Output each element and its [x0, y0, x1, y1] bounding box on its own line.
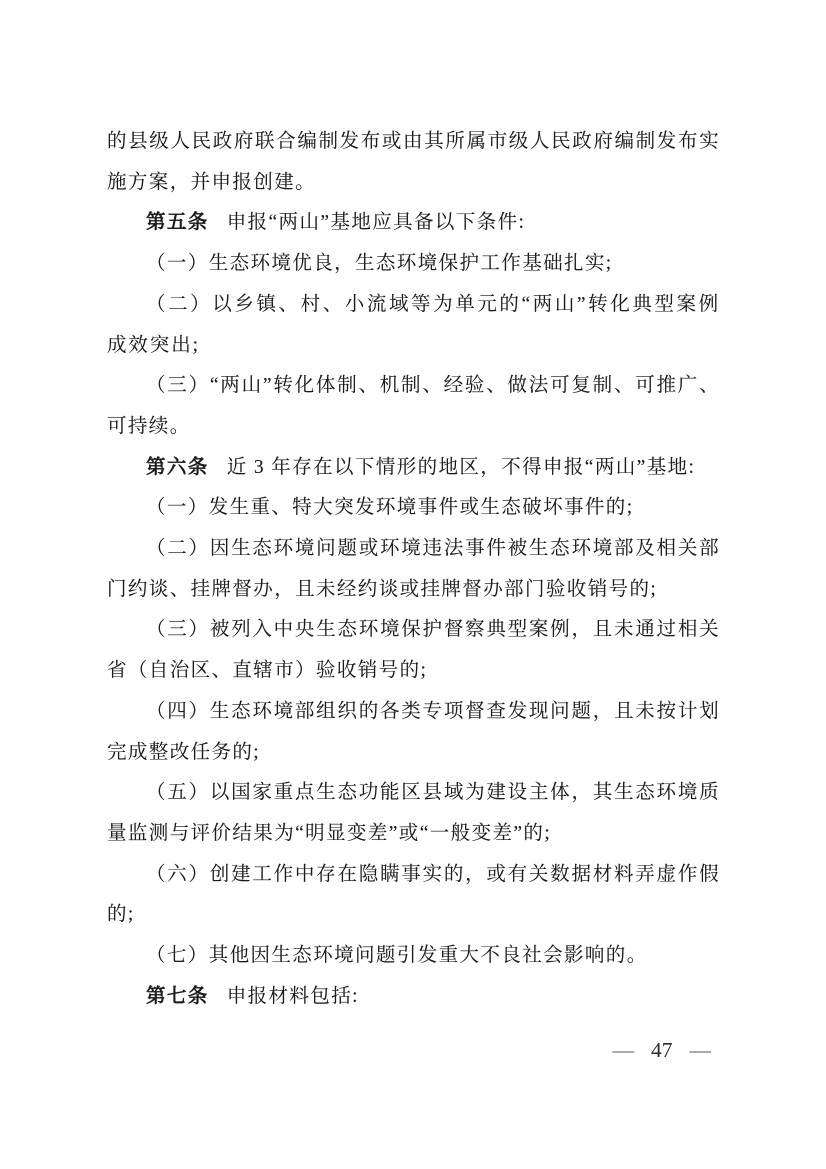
paragraph-text: （三）被列入中央生态环境保护督察典型案例，且未通过相关省（自治区、直辖市）验收销… [107, 619, 720, 681]
article-number: 第七条 [146, 986, 209, 1007]
paragraph-text: 申报“两山”基地应具备以下条件: [227, 212, 526, 233]
clause-item: （五）以国家重点生态功能区县域为建设主体，其生态环境质量监测与评价结果为“明显变… [107, 773, 720, 854]
footer-dash-left: — [613, 1038, 635, 1062]
clause-item: （六）创建工作中存在隐瞒事实的，或有关数据材料弄虚作假的; [107, 855, 720, 936]
paragraph-text: （六）创建工作中存在隐瞒事实的，或有关数据材料弄虚作假的; [107, 864, 720, 926]
paragraph-text: 申报材料包括: [227, 986, 359, 1007]
article-number: 第六条 [146, 457, 209, 478]
paragraph-text: （一）发生重、特大突发环境事件或生态破坏事件的; [146, 497, 634, 518]
clause-item: （三）“两山”转化体制、机制、经验、做法可复制、可推广、可持续。 [107, 366, 720, 447]
clause-item: （七）其他因生态环境问题引发重大不良社会影响的。 [107, 936, 720, 977]
page-number: 47 [651, 1038, 673, 1062]
paragraph-text: （二）因生态环境问题或环境违法事件被生态环境部及相关部门约谈、挂牌督办，且未经约… [107, 538, 720, 600]
article-7-heading: 第七条申报材料包括: [107, 977, 720, 1018]
article-number: 第五条 [146, 212, 209, 233]
paragraph-text: 近 3 年存在以下情形的地区，不得申报“两山”基地: [227, 457, 696, 478]
clause-item: （三）被列入中央生态环境保护督察典型案例，且未通过相关省（自治区、直辖市）验收销… [107, 610, 720, 691]
article-5-heading: 第五条申报“两山”基地应具备以下条件: [107, 203, 720, 244]
paragraph-text: （一）生态环境优良，生态环境保护工作基础扎实; [146, 253, 613, 274]
page-footer: —47— [605, 1038, 720, 1063]
paragraph-text: （五）以国家重点生态功能区县域为建设主体，其生态环境质量监测与评价结果为“明显变… [107, 782, 720, 844]
paragraph-text: （二）以乡镇、村、小流域等为单元的“两山”转化典型案例成效突出; [107, 294, 720, 356]
paragraph-text: 的县级人民政府联合编制发布或由其所属市级人民政府编制发布实施方案，并申报创建。 [107, 131, 720, 193]
clause-item: （二）因生态环境问题或环境违法事件被生态环境部及相关部门约谈、挂牌督办，且未经约… [107, 529, 720, 610]
paragraph-text: （四）生态环境部组织的各类专项督查发现问题，且未按计划完成整改任务的; [107, 701, 720, 763]
clause-item: （一）发生重、特大突发环境事件或生态破坏事件的; [107, 488, 720, 529]
clause-item: （四）生态环境部组织的各类专项督查发现问题，且未按计划完成整改任务的; [107, 692, 720, 773]
paragraph-text: （三）“两山”转化体制、机制、经验、做法可复制、可推广、可持续。 [107, 375, 720, 437]
paragraph-text: （七）其他因生态环境问题引发重大不良社会影响的。 [146, 945, 648, 966]
clause-item: （一）生态环境优良，生态环境保护工作基础扎实; [107, 244, 720, 285]
clause-item: （二）以乡镇、村、小流域等为单元的“两山”转化典型案例成效突出; [107, 285, 720, 366]
document-body: 的县级人民政府联合编制发布或由其所属市级人民政府编制发布实施方案，并申报创建。 … [107, 122, 720, 1017]
document-page: 的县级人民政府联合编制发布或由其所属市级人民政府编制发布实施方案，并申报创建。 … [0, 0, 826, 1169]
paragraph-continuation: 的县级人民政府联合编制发布或由其所属市级人民政府编制发布实施方案，并申报创建。 [107, 122, 720, 203]
footer-dash-right: — [690, 1038, 712, 1062]
article-6-heading: 第六条近 3 年存在以下情形的地区，不得申报“两山”基地: [107, 448, 720, 489]
